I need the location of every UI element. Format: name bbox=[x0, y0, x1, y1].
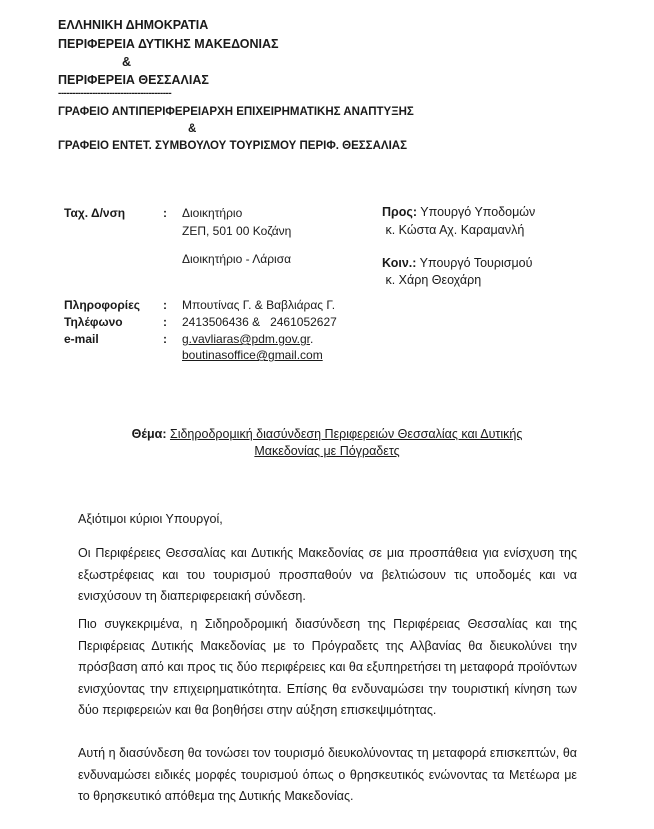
email-label: e-mail bbox=[64, 332, 99, 346]
address-line-1: Διοικητήριο bbox=[182, 206, 242, 220]
subject-line-1: Θέμα: Σιδηροδρομική διασύνδεση Περιφερει… bbox=[0, 427, 654, 441]
recipient-to-value: Υπουργό Υποδομών bbox=[417, 205, 535, 219]
subject-label: Θέμα: bbox=[132, 427, 170, 441]
address-label: Ταχ. Δ/νση bbox=[64, 206, 125, 220]
email-link-2[interactable]: boutinasoffice@gmail.com bbox=[182, 348, 323, 362]
address-line-3: Διοικητήριο - Λάρισα bbox=[182, 252, 291, 266]
subject-text-2: Μακεδονίας με Πόγραδετς bbox=[254, 444, 399, 458]
email-link-1[interactable]: g.vavliaras@pdm.gov.gr bbox=[182, 332, 310, 346]
header-separator: ---------------------------------------- bbox=[58, 88, 171, 99]
info-colon: : bbox=[163, 298, 167, 312]
address-colon: : bbox=[163, 206, 167, 220]
phone-label: Τηλέφωνο bbox=[64, 315, 123, 329]
recipient-to-label: Προς: bbox=[382, 205, 417, 219]
address-line-2: ΖΕΠ, 501 00 Κοζάνη bbox=[182, 224, 291, 238]
greeting: Αξιότιμοι κύριοι Υπουργοί, bbox=[78, 512, 223, 526]
header-ampersand-2: & bbox=[188, 123, 196, 135]
info-label: Πληροφορίες bbox=[64, 298, 140, 312]
info-value: Μπουτίνας Γ. & Βαβλιάρας Γ. bbox=[182, 298, 335, 312]
recipient-cc-value: Υπουργό Τουρισμού bbox=[416, 256, 532, 270]
recipient-cc-label: Κοιν.: bbox=[382, 256, 416, 270]
body-paragraph-3: Αυτή η διασύνδεση θα τονώσει τον τουρισμ… bbox=[78, 743, 577, 808]
body-paragraph-1: Οι Περιφέρειες Θεσσαλίας και Δυτικής Μακ… bbox=[78, 543, 577, 608]
header-region-thessaly: ΠΕΡΙΦΕΡΕΙΑ ΘΕΣΣΑΛΙΑΣ bbox=[58, 73, 209, 87]
header-region-west-macedonia: ΠΕΡΙΦΕΡΕΙΑ ΔΥΤΙΚΗΣ ΜΑΚΕΔΟΝΙΑΣ bbox=[58, 37, 278, 51]
header-ampersand: & bbox=[122, 55, 131, 69]
email-line-1: g.vavliaras@pdm.gov.gr. bbox=[182, 332, 313, 346]
phone-value: 2413506436 & 2461052627 bbox=[182, 315, 337, 329]
header-office-tourism: ΓΡΑΦΕΙΟ ΕΝΤΕΤ. ΣΥΜΒΟΥΛΟΥ ΤΟΥΡΙΣΜΟΥ ΠΕΡΙΦ… bbox=[58, 140, 407, 152]
subject-line-2: Μακεδονίας με Πόγραδετς bbox=[0, 444, 654, 458]
recipient-to-name: κ. Κώστα Αχ. Καραμανλή bbox=[382, 223, 524, 237]
phone-colon: : bbox=[163, 315, 167, 329]
body-paragraph-2: Πιο συγκεκριμένα, η Σιδηροδρομική διασύν… bbox=[78, 614, 577, 722]
recipient-to: Προς: Υπουργό Υποδομών bbox=[382, 205, 535, 219]
email-suffix: . bbox=[310, 332, 313, 346]
email-line-2: boutinasoffice@gmail.com bbox=[182, 348, 323, 362]
header-office-business: ΓΡΑΦΕΙΟ ΑΝΤΙΠΕΡΙΦΕΡΕΙΑΡΧΗ ΕΠΙΧΕΙΡΗΜΑΤΙΚΗ… bbox=[58, 106, 414, 118]
email-colon: : bbox=[163, 332, 167, 346]
subject-text-1: Σιδηροδρομική διασύνδεση Περιφερειών Θεσ… bbox=[170, 427, 522, 441]
recipient-cc: Κοιν.: Υπουργό Τουρισμού bbox=[382, 256, 532, 270]
recipient-cc-name: κ. Χάρη Θεοχάρη bbox=[382, 273, 481, 287]
header-republic: ΕΛΛΗΝΙΚΗ ΔΗΜΟΚΡΑΤΙΑ bbox=[58, 18, 208, 32]
